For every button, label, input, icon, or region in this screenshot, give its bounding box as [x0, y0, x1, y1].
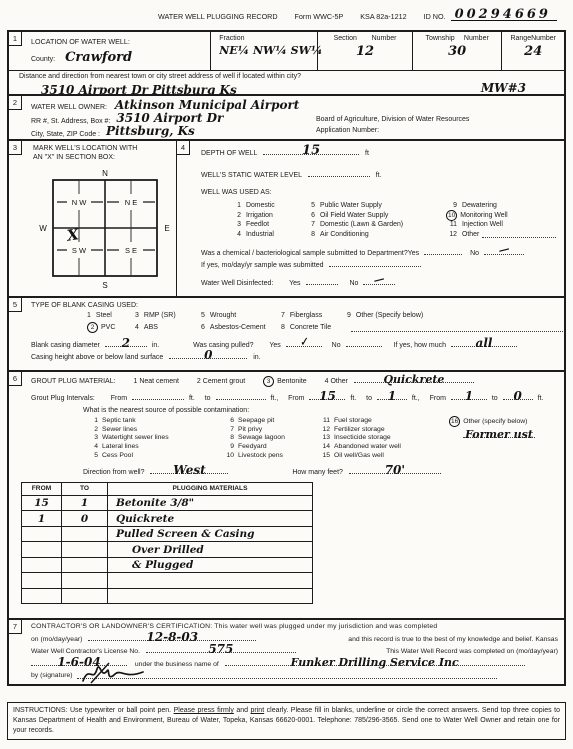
grout-option-label: Cement grout: [203, 378, 245, 385]
grout-option-label: Neat cement: [139, 378, 179, 385]
section-box-diagram: N S W E N W N E S W S E X: [35, 166, 175, 292]
use-other-field: [482, 230, 556, 238]
township-label: Township: [425, 35, 454, 42]
instructions-underlined-press-firmly: Please press firmly: [174, 707, 234, 714]
section-cell: Section Number 12: [317, 32, 412, 70]
grout-title: GROUT PLUG MATERIAL:: [31, 378, 116, 385]
quadrant-ne-label: N E: [125, 198, 138, 207]
casing-other-field: [351, 324, 563, 332]
contamination-number: 13: [317, 434, 330, 441]
location-county-cell: 1 LOCATION OF WATER WELL: County: Crawfo…: [9, 32, 210, 70]
fraction-label: Fraction: [219, 35, 317, 42]
contamination-number: 3: [85, 434, 98, 441]
contamination-question: What is the nearest source of possible c…: [83, 407, 564, 414]
from-header: FROM: [22, 482, 62, 495]
compass-north-label: N: [102, 169, 108, 178]
use-number: 1: [227, 202, 241, 209]
static-level-label: WELL'S STATIC WATER LEVEL: [201, 172, 302, 179]
ft-label: ft.: [350, 395, 356, 402]
casing-option-number-circled: 2: [87, 322, 98, 333]
contamination-column-1: 1Septic tank 2Sewer lines 3Watertight se…: [85, 416, 221, 460]
well-name-underline: MW#3: [459, 81, 548, 96]
contamination-column-2: 6Seepage pit 7Pit privy 8Sewage lagoon 9…: [221, 416, 317, 460]
business-name-value: Funker Drilling Service Inc: [291, 656, 459, 669]
contamination-number: 12: [317, 426, 330, 433]
casing-option-label: Steel: [96, 312, 112, 319]
chemical-sample-question: Was a chemical / bacteriological sample …: [201, 250, 419, 257]
range-label: Range: [510, 35, 531, 42]
depth-unit: ft: [365, 150, 369, 157]
casing-option-number: 3: [135, 312, 139, 319]
township-value: 30: [413, 44, 502, 59]
contamination-label: Sewage lagoon: [238, 434, 285, 441]
ksa-statute: KSA 82a-1212: [360, 12, 406, 21]
interval-1-to-field: [216, 392, 266, 400]
section-5-number: 5: [9, 298, 22, 312]
pulled-no-label: No: [332, 342, 341, 349]
material-cell: & Plugged: [132, 559, 193, 571]
contamination-other-field: Former ust: [463, 430, 535, 438]
form-title: WATER WELL PLUGGING RECORD: [158, 12, 278, 21]
contamination-label: Livestock pens: [238, 452, 283, 459]
section-2-number: 2: [9, 96, 22, 110]
section-2-owner: 2 WATER WELL OWNER: Atkinson Municipal A…: [9, 96, 564, 141]
instructions-box: INSTRUCTIONS: Use typewriter or ball poi…: [7, 702, 566, 740]
completed-on-label: on (mo/day/year): [31, 636, 82, 643]
intervals-label: Grout Plug Intervals:: [31, 395, 95, 402]
section-1-location: 1 LOCATION OF WATER WELL: County: Crawfo…: [9, 32, 564, 96]
casing-option-number: 7: [281, 312, 285, 319]
casing-height-unit: in.: [253, 354, 260, 361]
contamination-number: 10: [221, 452, 234, 459]
fraction-cell: Fraction NE¼ NW¼ SW¼: [210, 32, 317, 70]
use-label: Monitoring Well: [460, 212, 507, 219]
township-number-label: Number: [464, 35, 489, 42]
contamination-label: Seepage pit: [238, 417, 274, 424]
casing-height-field: 0: [169, 351, 247, 359]
id-number-label: ID NO.: [424, 12, 446, 21]
section-4-number: 4: [177, 141, 190, 155]
interval-3-to-value: 0: [513, 389, 521, 403]
pulled-no-field: [346, 339, 382, 347]
address-value: 3510 Airport Dr Pittsburg Ks: [41, 83, 237, 96]
materials-header: PLUGGING MATERIALS: [108, 482, 313, 495]
contamination-label: Insecticide storage: [334, 434, 391, 441]
contamination-number: 11: [317, 417, 330, 424]
direction-field: West: [150, 466, 228, 474]
casing-option-label: RMP (SR): [144, 312, 176, 319]
use-label: Oil Field Water Supply: [320, 212, 388, 219]
section-1-number: 1: [9, 32, 22, 46]
contamination-label: Septic tank: [102, 417, 136, 424]
distance-question: Distance and direction from nearest town…: [19, 73, 558, 80]
certification-line-2: on (mo/day/year) 12-8-03 and this record…: [31, 633, 558, 643]
contamination-label: Lateral lines: [102, 443, 139, 450]
sample-date-row: If yes, mo/day/yr sample was submitted: [201, 259, 558, 269]
license-value: 575: [208, 642, 233, 656]
compass-south-label: S: [102, 281, 107, 290]
owner-address-value: 3510 Airport Dr: [116, 111, 223, 125]
static-level-row: WELL'S STATIC WATER LEVEL ft.: [201, 169, 558, 179]
material-cell: Quickrete: [116, 513, 174, 525]
grout-other-field: Quickrete: [354, 375, 474, 383]
section-value: 12: [318, 44, 412, 59]
contamination-number: 6: [221, 417, 234, 424]
contamination-list: 1Septic tank 2Sewer lines 3Watertight se…: [85, 416, 564, 460]
depth-field: 15: [263, 147, 359, 155]
disinfected-row: Water Well Disinfected: Yes No —: [201, 277, 558, 287]
section-3-4-row: 3 MARK WELL'S LOCATION WITH AN "X" IN SE…: [9, 141, 564, 298]
range-cell: Range Number 24: [501, 32, 564, 70]
owner-city-label: City, State, ZIP Code :: [31, 131, 100, 138]
chemical-no-field: —: [484, 247, 524, 255]
completed-date-value: 12-8-03: [146, 630, 198, 644]
disinfected-yes-field: [306, 277, 338, 285]
contamination-other-block: 16 Other (specify below) Former ust: [449, 416, 564, 460]
well-name-value: MW#3: [481, 81, 526, 95]
table-row: [22, 588, 313, 604]
casing-option-label: Other (Specify below): [356, 312, 423, 319]
to-label: to: [492, 395, 498, 402]
casing-option-label: Asbestos-Cement: [210, 324, 266, 331]
quadrant-nw-label: N W: [72, 198, 88, 207]
use-number: 6: [301, 212, 315, 219]
casing-option-number: 4: [135, 324, 139, 331]
use-number: 12: [443, 231, 457, 238]
casing-option-number: 8: [281, 324, 285, 331]
pulled-yes-mark: ✓: [298, 336, 309, 349]
quadrant-se-label: S E: [125, 246, 137, 255]
use-number: 11: [443, 221, 457, 228]
from-label: From: [288, 395, 304, 402]
section-number-label: Number: [372, 35, 397, 42]
contamination-number: 9: [221, 443, 234, 450]
used-as-label: WELL WAS USED AS:: [201, 189, 558, 196]
completed-date-field: 12-8-03: [88, 633, 256, 641]
interval-1-from-field: [132, 392, 184, 400]
diameter-value: 2: [122, 336, 130, 350]
use-label: Industrial: [246, 231, 274, 238]
chemical-no-label: No: [470, 250, 479, 257]
use-number-circled: 10: [446, 210, 457, 221]
casing-option-label: ABS: [144, 324, 158, 331]
casing-option-number: 5: [201, 312, 205, 319]
ft-comma-label: ft.,: [412, 395, 420, 402]
county-value: Crawford: [65, 50, 132, 65]
section-7-number: 7: [9, 620, 22, 634]
material-cell: Pulled Screen & Casing: [116, 528, 255, 540]
owner-city-value: Pittsburg, Ks: [106, 124, 195, 138]
use-label: Feedlot: [246, 221, 269, 228]
plugging-materials-table: FROM TO PLUGGING MATERIALS 15 1 Betonite…: [21, 482, 313, 605]
contamination-other-value: Former ust: [465, 428, 533, 441]
contamination-number: 2: [85, 426, 98, 433]
grout-option-number: 1: [133, 378, 137, 385]
instructions-text: and: [234, 707, 251, 714]
depth-label: DEPTH OF WELL: [201, 150, 257, 157]
grout-option-number: 2: [197, 378, 201, 385]
section-4-well-details: 4 DEPTH OF WELL 15 ft WELL'S STATIC WATE…: [177, 141, 564, 296]
use-number: 2: [227, 212, 241, 219]
contamination-label: Oil well/Gas well: [334, 452, 384, 459]
well-use-list: 1Domestic 2Irrigation 3Feedlot 4Industri…: [227, 201, 558, 239]
to-label: to: [205, 395, 211, 402]
ft-label: ft.: [189, 395, 195, 402]
use-column-1: 1Domestic 2Irrigation 3Feedlot 4Industri…: [227, 201, 301, 239]
board-block: Board of Agriculture, Division of Water …: [316, 112, 564, 138]
interval-2-to-value: 1: [388, 389, 396, 403]
how-much-value: all: [476, 336, 493, 350]
license-field: 575: [146, 645, 296, 653]
range-number-label: Number: [531, 35, 556, 42]
township-cell: Township Number 30: [412, 32, 502, 70]
signature-row: by (signature): [31, 671, 558, 679]
casing-option-number: 6: [201, 324, 205, 331]
contamination-label: Abandoned water well: [334, 443, 401, 450]
truth-statement: and this record is true to the best of m…: [348, 636, 558, 643]
disinfected-no-mark: —: [372, 272, 386, 287]
contamination-number: 7: [221, 426, 234, 433]
use-label: Air Conditioning: [320, 231, 369, 238]
instructions-underlined-print: print: [251, 707, 265, 714]
contamination-number: 5: [85, 452, 98, 459]
signature-scribble: [79, 661, 149, 685]
casing-option-label: Wrought: [210, 312, 236, 319]
use-label: Dewatering: [462, 202, 497, 209]
use-number: 8: [301, 231, 315, 238]
casing-pulled-question: Was casing pulled?: [193, 342, 253, 349]
chemical-sample-row: Was a chemical / bacteriological sample …: [201, 247, 558, 257]
record-completed-label: This Water Well Record was completed on …: [386, 648, 558, 655]
instructions-text: INSTRUCTIONS: Use typewriter or ball poi…: [13, 707, 174, 714]
contamination-label: Fertilizer storage: [334, 426, 385, 433]
owner-address-label: RR #, St. Address, Box #:: [31, 118, 110, 125]
section-7-certification: 7 CONTRACTOR'S OR LANDOWNER'S CERTIFICAT…: [9, 620, 564, 684]
contamination-label: Sewer lines: [102, 426, 137, 433]
casing-title: TYPE OF BLANK CASING USED:: [31, 302, 564, 309]
use-column-3: 9Dewatering 10Monitoring Well 11Injectio…: [443, 201, 558, 239]
id-number-value: 00294669: [451, 9, 557, 21]
use-label: Public Water Supply: [320, 202, 382, 209]
direction-row: Direction from well? West How many feet?…: [83, 466, 564, 476]
grout-other-value: Quickrete: [383, 373, 444, 386]
interval-3-from-value: 1: [465, 389, 473, 403]
casing-height-label: Casing height above or below land surfac…: [31, 354, 163, 361]
owner-label: WATER WELL OWNER:: [31, 104, 107, 111]
section-3-number: 3: [9, 141, 22, 155]
contamination-column-3: 11Fuel storage 12Fertilizer storage 13In…: [317, 416, 449, 460]
material-cell: Betonite 3/8": [116, 497, 194, 509]
compass-west-label: W: [39, 224, 47, 233]
casing-height-value: 0: [204, 348, 212, 362]
from-cell: 15: [34, 497, 49, 509]
contamination-label: Fuel storage: [334, 417, 372, 424]
contamination-number: 4: [85, 443, 98, 450]
sample-date-field: [329, 259, 421, 267]
how-much-field: all: [451, 339, 517, 347]
disinfected-label: Water Well Disinfected:: [201, 280, 273, 287]
diameter-label: Blank casing diameter: [31, 342, 100, 349]
id-number-group: ID NO. 00294669: [424, 9, 557, 21]
interval-3-to-field: 0: [503, 392, 533, 400]
feet-value: 70': [385, 463, 405, 477]
table-row: Over Drilled: [22, 542, 313, 558]
depth-value: 15: [302, 143, 320, 158]
section-6-number: 6: [9, 372, 22, 386]
pulled-yes-field: ✓: [286, 339, 322, 347]
contamination-number: 8: [221, 434, 234, 441]
to-header: TO: [62, 482, 108, 495]
use-number: 4: [227, 231, 241, 238]
grout-option-number-circled: 3: [263, 376, 274, 387]
static-level-unit: ft.: [376, 172, 382, 179]
casing-option-label: Fiberglass: [290, 312, 322, 319]
interval-2-to-field: 1: [377, 392, 407, 400]
use-label: Injection Well: [462, 221, 503, 228]
form-body: 1 LOCATION OF WATER WELL: County: Crawfo…: [7, 30, 566, 686]
feet-field: 70': [349, 466, 441, 474]
contamination-label: Watertight sewer lines: [102, 434, 169, 441]
from-label: From: [430, 395, 446, 402]
distance-block: Distance and direction from nearest town…: [9, 71, 564, 96]
mark-title-line-1: MARK WELL'S LOCATION WITH: [33, 144, 176, 153]
grout-option-label: Bentonite: [277, 378, 307, 385]
use-number: 3: [227, 221, 241, 228]
range-value: 24: [502, 44, 564, 59]
contamination-number: 1: [85, 417, 98, 424]
address-row: 3510 Airport Dr Pittsburg Ks MW#3: [19, 81, 558, 96]
grout-material-row: GROUT PLUG MATERIAL: 1 Neat cement 2 Cem…: [31, 375, 564, 387]
table-row: Pulled Screen & Casing: [22, 526, 313, 542]
certification-line-3: Water Well Contractor's License No. 575 …: [31, 645, 558, 655]
section-6-grout: 6 GROUT PLUG MATERIAL: 1 Neat cement 2 C…: [9, 372, 564, 620]
county-label: County:: [31, 56, 55, 63]
county-row: County: Crawford: [31, 50, 210, 65]
use-label: Irrigation: [246, 212, 273, 219]
grout-intervals-row: Grout Plug Intervals: From ft. to ft., F…: [31, 392, 564, 402]
section-5-casing: 5 TYPE OF BLANK CASING USED: 1Steel 3RMP…: [9, 298, 564, 372]
static-level-field: [308, 169, 370, 177]
section-3-mark-location: 3 MARK WELL'S LOCATION WITH AN "X" IN SE…: [9, 141, 177, 296]
use-number: 5: [301, 202, 315, 209]
use-column-2: 5Public Water Supply 6Oil Field Water Su…: [301, 201, 443, 239]
table-header-row: FROM TO PLUGGING MATERIALS: [22, 482, 313, 495]
casing-diameter-row: Blank casing diameter 2 in. Was casing p…: [31, 339, 564, 349]
use-number: 9: [443, 202, 457, 209]
diameter-field: 2: [105, 339, 147, 347]
feet-label: How many feet?: [292, 469, 343, 476]
casing-height-row: Casing height above or below land surfac…: [31, 351, 564, 361]
how-much-label: If yes, how much: [394, 342, 447, 349]
pulled-yes-label: Yes: [269, 342, 280, 349]
interval-2-from-value: 15: [319, 389, 336, 403]
chemical-yes-field: [424, 247, 462, 255]
contamination-label: Cess Pool: [102, 452, 133, 459]
casing-option-number: 1: [87, 312, 91, 319]
use-label: Other: [462, 231, 479, 238]
contamination-other-label: Other (specify below): [463, 418, 527, 425]
ft-label: ft.: [538, 395, 544, 402]
board-line-1: Board of Agriculture, Division of Water …: [316, 115, 564, 126]
quadrant-sw-label: S W: [72, 246, 87, 255]
direction-label: Direction from well?: [83, 469, 144, 476]
certification-line-1: CONTRACTOR'S OR LANDOWNER'S CERTIFICATIO…: [31, 623, 558, 630]
casing-option-label: PVC: [101, 324, 115, 331]
to-cell: 0: [81, 513, 88, 525]
compass-east-label: E: [164, 224, 169, 233]
owner-address-block: RR #, St. Address, Box #: 3510 Airport D…: [31, 112, 316, 138]
to-label: to: [366, 395, 372, 402]
from-cell: 1: [38, 513, 45, 525]
from-label: From: [111, 395, 127, 402]
diameter-unit: in.: [152, 342, 159, 349]
table-row: [22, 573, 313, 589]
interval-3-from-field: 1: [451, 392, 487, 400]
direction-value: West: [173, 463, 205, 477]
form-number: Form WWC-5P: [295, 12, 344, 21]
table-row: 1 0 Quickrete: [22, 511, 313, 527]
mark-title-line-2: AN "X" IN SECTION BOX:: [33, 153, 176, 162]
section-label: Section: [334, 35, 357, 42]
contamination-label: Pit privy: [238, 426, 262, 433]
contamination-number-circled: 16: [449, 416, 460, 427]
table-row: & Plugged: [22, 557, 313, 573]
grout-option-number: 4: [325, 378, 329, 385]
sample-date-label: If yes, mo/day/yr sample was submitted: [201, 262, 324, 269]
casing-option-label: Concrete Tile: [290, 324, 331, 331]
business-name-field: Funker Drilling Service Inc: [225, 658, 525, 666]
disinfected-no-label: No: [349, 280, 358, 287]
signature-label: by (signature): [31, 672, 73, 679]
use-number: 7: [301, 221, 315, 228]
disinfected-yes-label: Yes: [289, 280, 300, 287]
location-grid: 1 LOCATION OF WATER WELL: County: Crawfo…: [9, 32, 564, 71]
use-label: Domestic (Lawn & Garden): [320, 221, 403, 228]
chemical-no-mark: —: [497, 242, 511, 257]
use-label: Domestic: [246, 202, 275, 209]
depth-row: DEPTH OF WELL 15 ft: [201, 147, 558, 157]
contamination-label: Feedyard: [238, 443, 267, 450]
casing-options-row-1: 1Steel 3RMP (SR) 5Wrought 7Fiberglass 9O…: [87, 312, 564, 319]
ft-comma-label: ft.,: [270, 395, 278, 402]
contamination-number: 14: [317, 443, 330, 450]
owner-value: Atkinson Municipal Airport: [115, 98, 299, 112]
form-header: WATER WELL PLUGGING RECORD Form WWC-5P K…: [0, 9, 573, 21]
scanned-form-page: WATER WELL PLUGGING RECORD Form WWC-5P K…: [0, 0, 573, 749]
interval-2-from-field: 15: [309, 392, 345, 400]
casing-options-row-2: 2PVC 4ABS 6Asbestos-Cement 8Concrete Til…: [87, 322, 564, 333]
table-row: 15 1 Betonite 3/8": [22, 495, 313, 511]
owner-row: WATER WELL OWNER: Atkinson Municipal Air…: [31, 98, 564, 112]
location-title: LOCATION OF WATER WELL:: [31, 35, 210, 46]
fraction-value: NE¼ NW¼ SW¼: [219, 44, 317, 57]
material-cell: Over Drilled: [132, 544, 204, 556]
casing-option-number: 9: [347, 312, 351, 319]
to-cell: 1: [81, 497, 88, 509]
disinfected-no-field: —: [363, 277, 395, 285]
board-line-2: Application Number:: [316, 126, 564, 137]
contamination-number: 15: [317, 452, 330, 459]
grout-option-label: Other: [330, 378, 348, 385]
